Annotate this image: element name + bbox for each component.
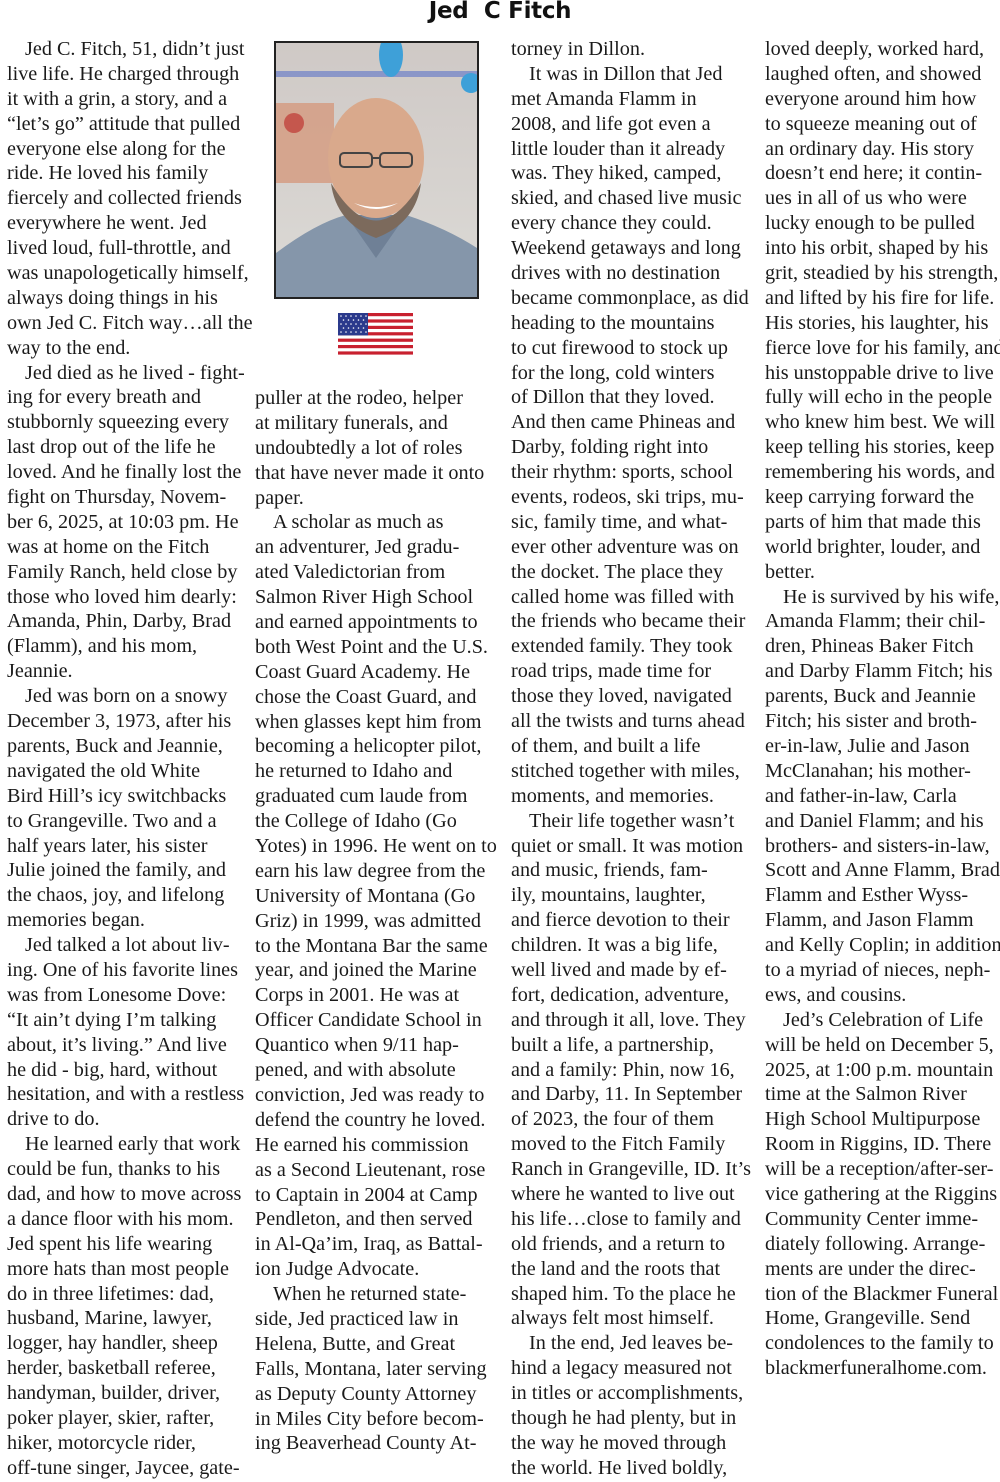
text-line: stitched together with miles, <box>511 759 756 784</box>
text-line: it with a grin, a story, and a <box>7 87 247 112</box>
text-line: when glasses kept him from <box>255 710 500 735</box>
paragraph-start-line: Jed died as he lived - fight- <box>7 361 247 386</box>
text-line: his unstoppable drive to live <box>765 361 1000 386</box>
text-line: and earned appointments to <box>255 610 500 635</box>
text-line: fort, dedication, adventure, <box>511 983 756 1008</box>
text-line: the world. He lived boldly, <box>511 1456 756 1481</box>
text-line: skied, and chased live music <box>511 186 756 211</box>
text-line: And then came Phineas and <box>511 410 756 435</box>
text-line: diately following. Arrange- <box>765 1232 1000 1257</box>
text-line: lived loud, full-throttle, and <box>7 236 247 261</box>
text-line: sic, family time, and what- <box>511 510 756 535</box>
text-line: ever other adventure was on <box>511 535 756 560</box>
text-line: ues in all of us who were <box>765 186 1000 211</box>
paragraph-start-line: Their life together wasn’t <box>511 809 756 834</box>
paragraph-start-line: It was in Dillon that Jed <box>511 62 756 87</box>
text-line: University of Montana (Go <box>255 884 500 909</box>
paragraph-start-line: He learned early that work <box>7 1132 247 1157</box>
text-line: their rhythm: sports, school <box>511 460 756 485</box>
text-line: world brighter, louder, and <box>765 535 1000 560</box>
text-line: children. It was a big life, <box>511 933 756 958</box>
text-line: conviction, Jed was ready to <box>255 1083 500 1108</box>
text-line: Griz) in 1999, was admitted <box>255 909 500 934</box>
text-line: a dance floor with his mom. <box>7 1207 247 1232</box>
text-line: Bird Hill’s icy switchbacks <box>7 784 247 809</box>
text-line: of Dillon that they loved. <box>511 385 756 410</box>
text-line: to Grangeville. Two and a <box>7 809 247 834</box>
text-line: stubbornly squeezing every <box>7 410 247 435</box>
text-line: and Darby, 11. In September <box>511 1082 756 1107</box>
text-line: pened, and with absolute <box>255 1058 500 1083</box>
text-line: road trips, made time for <box>511 659 756 684</box>
text-line: keep carrying forward the <box>765 485 1000 510</box>
text-line: blackmerfuneralhome.com. <box>765 1356 1000 1381</box>
text-line: live life. He charged through <box>7 62 247 87</box>
text-line: more hats than most people <box>7 1257 247 1282</box>
text-line: and Kelly Coplin; in addition <box>765 933 1000 958</box>
paragraph-start-line: Jed’s Celebration of Life <box>765 1008 1000 1033</box>
text-line: and lifted by his fire for life. <box>765 286 1000 311</box>
text-line: ews, and cousins. <box>765 983 1000 1008</box>
text-line: herder, basketball referee, <box>7 1356 247 1381</box>
text-line: lucky enough to be pulled <box>765 211 1000 236</box>
text-line: Fitch; his sister and broth- <box>765 709 1000 734</box>
text-line: fight on Thursday, Novem- <box>7 485 247 510</box>
text-line: old friends, and a return to <box>511 1232 756 1257</box>
text-line: 2008, and life got even a <box>511 112 756 137</box>
text-line: Scott and Anne Flamm, Brad <box>765 858 1000 883</box>
text-line: torney in Dillon. <box>511 37 756 62</box>
text-line: built a life, a partnership, <box>511 1033 756 1058</box>
text-line: poker player, skier, rafter, <box>7 1406 247 1431</box>
text-line: those who loved him dearly: <box>7 585 247 610</box>
portrait-photo <box>274 41 479 299</box>
paragraph-start-line: Jed C. Fitch, 51, didn’t just <box>7 37 247 62</box>
text-line: laughed often, and showed <box>765 62 1000 87</box>
text-line: though he had plenty, but in <box>511 1406 756 1431</box>
text-line: Darby, folding right into <box>511 435 756 460</box>
text-line: and Darby Flamm Fitch; his <box>765 659 1000 684</box>
text-line: extended family. They took <box>511 634 756 659</box>
text-line: memories began. <box>7 908 247 933</box>
text-line: December 3, 1973, after his <box>7 709 247 734</box>
text-line: tion of the Blackmer Funeral <box>765 1282 1000 1307</box>
text-line: defend the country he loved. <box>255 1108 500 1133</box>
text-line: ated Valedictorian from <box>255 560 500 585</box>
text-line: Jeannie. <box>7 659 247 684</box>
text-line: Helena, Butte, and Great <box>255 1332 500 1357</box>
paragraph-start-line: Jed talked a lot about liv- <box>7 933 247 958</box>
text-line: was from Lonesome Dove: <box>7 983 247 1008</box>
text-line: will be a reception/after-ser- <box>765 1157 1000 1182</box>
text-line: “let’s go” attitude that pulled <box>7 112 247 137</box>
text-line: Pendleton, and then served <box>255 1207 500 1232</box>
text-line: the chaos, joy, and lifelong <box>7 883 247 908</box>
text-line: He earned his commission <box>255 1133 500 1158</box>
text-line: in Miles City before becom- <box>255 1407 500 1432</box>
text-line: moments, and memories. <box>511 784 756 809</box>
text-line: Quantico when 9/11 hap- <box>255 1033 500 1058</box>
text-line: was. They hiked, camped, <box>511 161 756 186</box>
text-line: earn his law degree from the <box>255 859 500 884</box>
text-line: side, Jed practiced law in <box>255 1307 500 1332</box>
text-line: hesitation, and with a restless <box>7 1082 247 1107</box>
text-line: own Jed C. Fitch way…all the <box>7 311 247 336</box>
text-line: navigated the old White <box>7 759 247 784</box>
text-line: chose the Coast Guard, and <box>255 685 500 710</box>
text-line: was at home on the Fitch <box>7 535 247 560</box>
text-line: fully will echo in the people <box>765 385 1000 410</box>
portrait-illustration <box>276 43 477 297</box>
text-line: condolences to the family to <box>765 1331 1000 1356</box>
text-line: everyone else along for the <box>7 137 247 162</box>
paragraph-start-line: When he returned state- <box>255 1282 500 1307</box>
text-line: Yotes) in 1996. He went on to <box>255 834 500 859</box>
text-line: and fierce devotion to their <box>511 908 756 933</box>
text-line: keep telling his stories, keep <box>765 435 1000 460</box>
text-line: loved deeply, worked hard, <box>765 37 1000 62</box>
text-line: hind a legacy measured not <box>511 1356 756 1381</box>
text-line: puller at the rodeo, helper <box>255 386 500 411</box>
text-line: called home was filled with <box>511 585 756 610</box>
text-line: becoming a helicopter pilot, <box>255 734 500 759</box>
text-line: to the Montana Bar the same <box>255 934 500 959</box>
text-line: for the long, cold winters <box>511 361 756 386</box>
text-line: will be held on December 5, <box>765 1033 1000 1058</box>
text-line: could be fun, thanks to his <box>7 1157 247 1182</box>
text-line: and a family: Phin, now 16, <box>511 1058 756 1083</box>
text-line: ber 6, 2025, at 10:03 pm. He <box>7 510 247 535</box>
text-line: was unapologetically himself, <box>7 261 247 286</box>
text-line: his life…close to family and <box>511 1207 756 1232</box>
text-line: remembering his words, and <box>765 460 1000 485</box>
text-line: dad, and how to move across <box>7 1182 247 1207</box>
text-line: to squeeze meaning out of <box>765 112 1000 137</box>
text-line: brothers- and sisters-in-law, <box>765 834 1000 859</box>
text-line: Officer Candidate School in <box>255 1008 500 1033</box>
text-line: year, and joined the Marine <box>255 958 500 983</box>
text-line: ing Beaverhead County At- <box>255 1431 500 1456</box>
text-line: hiker, motorcycle rider, <box>7 1431 247 1456</box>
text-line: McClanahan; his mother- <box>765 759 1000 784</box>
text-line: as a Second Lieutenant, rose <box>255 1158 500 1183</box>
text-line: an ordinary day. His story <box>765 137 1000 162</box>
text-line: ing. One of his favorite lines <box>7 958 247 983</box>
text-line: met Amanda Flamm in <box>511 87 756 112</box>
paragraph-start-line: He is survived by his wife, <box>765 585 1000 610</box>
text-line: Flamm, and Jason Flamm <box>765 908 1000 933</box>
text-line: Flamm and Esther Wyss- <box>765 883 1000 908</box>
text-line: to a myriad of nieces, neph- <box>765 958 1000 983</box>
text-line: handyman, builder, driver, <box>7 1381 247 1406</box>
text-line: the docket. The place they <box>511 560 756 585</box>
text-line: about, it’s living.” And live <box>7 1033 247 1058</box>
text-line: Julie joined the family, and <box>7 858 247 883</box>
text-line: ion Judge Advocate. <box>255 1257 500 1282</box>
text-line: quiet or small. It was motion <box>511 834 756 859</box>
text-line: the College of Idaho (Go <box>255 809 500 834</box>
text-line: always doing things in his <box>7 286 247 311</box>
text-line: shaped him. To the place he <box>511 1282 756 1307</box>
text-line: and music, friends, fam- <box>511 858 756 883</box>
text-line: those they loved, navigated <box>511 684 756 709</box>
us-flag-icon <box>338 313 413 355</box>
text-line: that have never made it onto <box>255 461 500 486</box>
text-line: ments are under the direc- <box>765 1257 1000 1282</box>
text-line: ily, mountains, laughter, <box>511 883 756 908</box>
text-line: became commonplace, as did <box>511 286 756 311</box>
text-line: moved to the Fitch Family <box>511 1132 756 1157</box>
text-line: in Al-Qa’im, Iraq, as Battal- <box>255 1232 500 1257</box>
text-line: better. <box>765 560 1000 585</box>
text-line: Amanda, Phin, Darby, Brad <box>7 609 247 634</box>
text-line: Coast Guard Academy. He <box>255 660 500 685</box>
text-line: parts of him that made this <box>765 510 1000 535</box>
text-line: parents, Buck and Jeannie, <box>7 734 247 759</box>
text-line: in titles or accomplishments, <box>511 1381 756 1406</box>
text-line: Weekend getaways and long <box>511 236 756 261</box>
text-line: fierce love for his family, and <box>765 336 1000 361</box>
text-line: High School Multipurpose <box>765 1107 1000 1132</box>
text-line: Jed spent his life wearing <box>7 1232 247 1257</box>
text-line: both West Point and the U.S. <box>255 635 500 660</box>
paragraph-start-line: In the end, Jed leaves be- <box>511 1331 756 1356</box>
text-line: (Flamm), and his mom, <box>7 634 247 659</box>
text-line: parents, Buck and Jeannie <box>765 684 1000 709</box>
text-line: undoubtedly a lot of roles <box>255 436 500 461</box>
text-line: last drop out of the life he <box>7 435 247 460</box>
text-line: Corps in 2001. He was at <box>255 983 500 1008</box>
text-line: dren, Phineas Baker Fitch <box>765 634 1000 659</box>
text-line: graduated cum laude from <box>255 784 500 809</box>
text-line: an adventurer, Jed gradu- <box>255 535 500 560</box>
text-line: off-tune singer, Jaycee, gate- <box>7 1456 247 1481</box>
text-line: and father-in-law, Carla <box>765 784 1000 809</box>
text-line: fiercely and collected friends <box>7 186 247 211</box>
text-line: always felt most himself. <box>511 1306 756 1331</box>
text-line: doesn’t end here; it contin- <box>765 161 1000 186</box>
text-column-3: torney in Dillon.It was in Dillon that J… <box>511 37 756 1481</box>
text-column-1: Jed C. Fitch, 51, didn’t justlive life. … <box>7 37 247 1481</box>
text-line: Home, Grangeville. Send <box>765 1306 1000 1331</box>
text-column-4: loved deeply, worked hard,laughed often,… <box>765 37 1000 1381</box>
text-line: Ranch in Grangeville, ID. It’s <box>511 1157 756 1182</box>
text-line: logger, hay handler, sheep <box>7 1331 247 1356</box>
text-line: of them, and built a life <box>511 734 756 759</box>
text-column-2: puller at the rodeo, helperat military f… <box>255 386 500 1456</box>
text-line: er-in-law, Julie and Jason <box>765 734 1000 759</box>
text-line: he did - big, hard, without <box>7 1058 247 1083</box>
text-line: half years later, his sister <box>7 834 247 859</box>
text-line: to Captain in 2004 at Camp <box>255 1183 500 1208</box>
text-line: Community Center imme- <box>765 1207 1000 1232</box>
text-line: the friends who became their <box>511 609 756 634</box>
text-line: the way he moved through <box>511 1431 756 1456</box>
text-line: “It ain’t dying I’m talking <box>7 1008 247 1033</box>
text-line: Amanda Flamm; their chil- <box>765 609 1000 634</box>
paragraph-start-line: A scholar as much as <box>255 510 500 535</box>
obituary-title: Jed C Fitch <box>0 0 1000 24</box>
text-line: Salmon River High School <box>255 585 500 610</box>
text-line: at military funerals, and <box>255 411 500 436</box>
text-line: Falls, Montana, later serving <box>255 1357 500 1382</box>
text-line: way to the end. <box>7 336 247 361</box>
text-line: and Daniel Flamm; and his <box>765 809 1000 834</box>
paragraph-start-line: Jed was born on a snowy <box>7 684 247 709</box>
text-line: loved. And he finally lost the <box>7 460 247 485</box>
text-line: ing for every breath and <box>7 385 247 410</box>
text-line: drive to do. <box>7 1107 247 1132</box>
text-line: Room in Riggins, ID. There <box>765 1132 1000 1157</box>
text-line: ride. He loved his family <box>7 161 247 186</box>
text-line: everyone around him how <box>765 87 1000 112</box>
text-line: to cut firewood to stock up <box>511 336 756 361</box>
text-line: events, rodeos, ski trips, mu- <box>511 485 756 510</box>
text-line: His stories, his laughter, his <box>765 311 1000 336</box>
text-line: who knew him best. We will <box>765 410 1000 435</box>
text-line: husband, Marine, lawyer, <box>7 1306 247 1331</box>
text-line: paper. <box>255 486 500 511</box>
text-line: well lived and made by ef- <box>511 958 756 983</box>
text-line: the land and the roots that <box>511 1257 756 1282</box>
text-line: into his orbit, shaped by his <box>765 236 1000 261</box>
text-line: every chance they could. <box>511 211 756 236</box>
text-line: everywhere he went. Jed <box>7 211 247 236</box>
text-line: Family Ranch, held close by <box>7 560 247 585</box>
text-line: drives with no destination <box>511 261 756 286</box>
text-line: as Deputy County Attorney <box>255 1382 500 1407</box>
text-line: grit, steadied by his strength, <box>765 261 1000 286</box>
text-line: where he wanted to live out <box>511 1182 756 1207</box>
text-line: vice gathering at the Riggins <box>765 1182 1000 1207</box>
text-line: of 2023, the four of them <box>511 1107 756 1132</box>
text-line: time at the Salmon River <box>765 1082 1000 1107</box>
text-line: he returned to Idaho and <box>255 759 500 784</box>
text-line: 2025, at 1:00 p.m. mountain <box>765 1058 1000 1083</box>
text-line: little louder than it already <box>511 137 756 162</box>
text-line: heading to the mountains <box>511 311 756 336</box>
text-line: do in three lifetimes: dad, <box>7 1282 247 1307</box>
text-line: all the twists and turns ahead <box>511 709 756 734</box>
text-line: and through it all, love. They <box>511 1008 756 1033</box>
